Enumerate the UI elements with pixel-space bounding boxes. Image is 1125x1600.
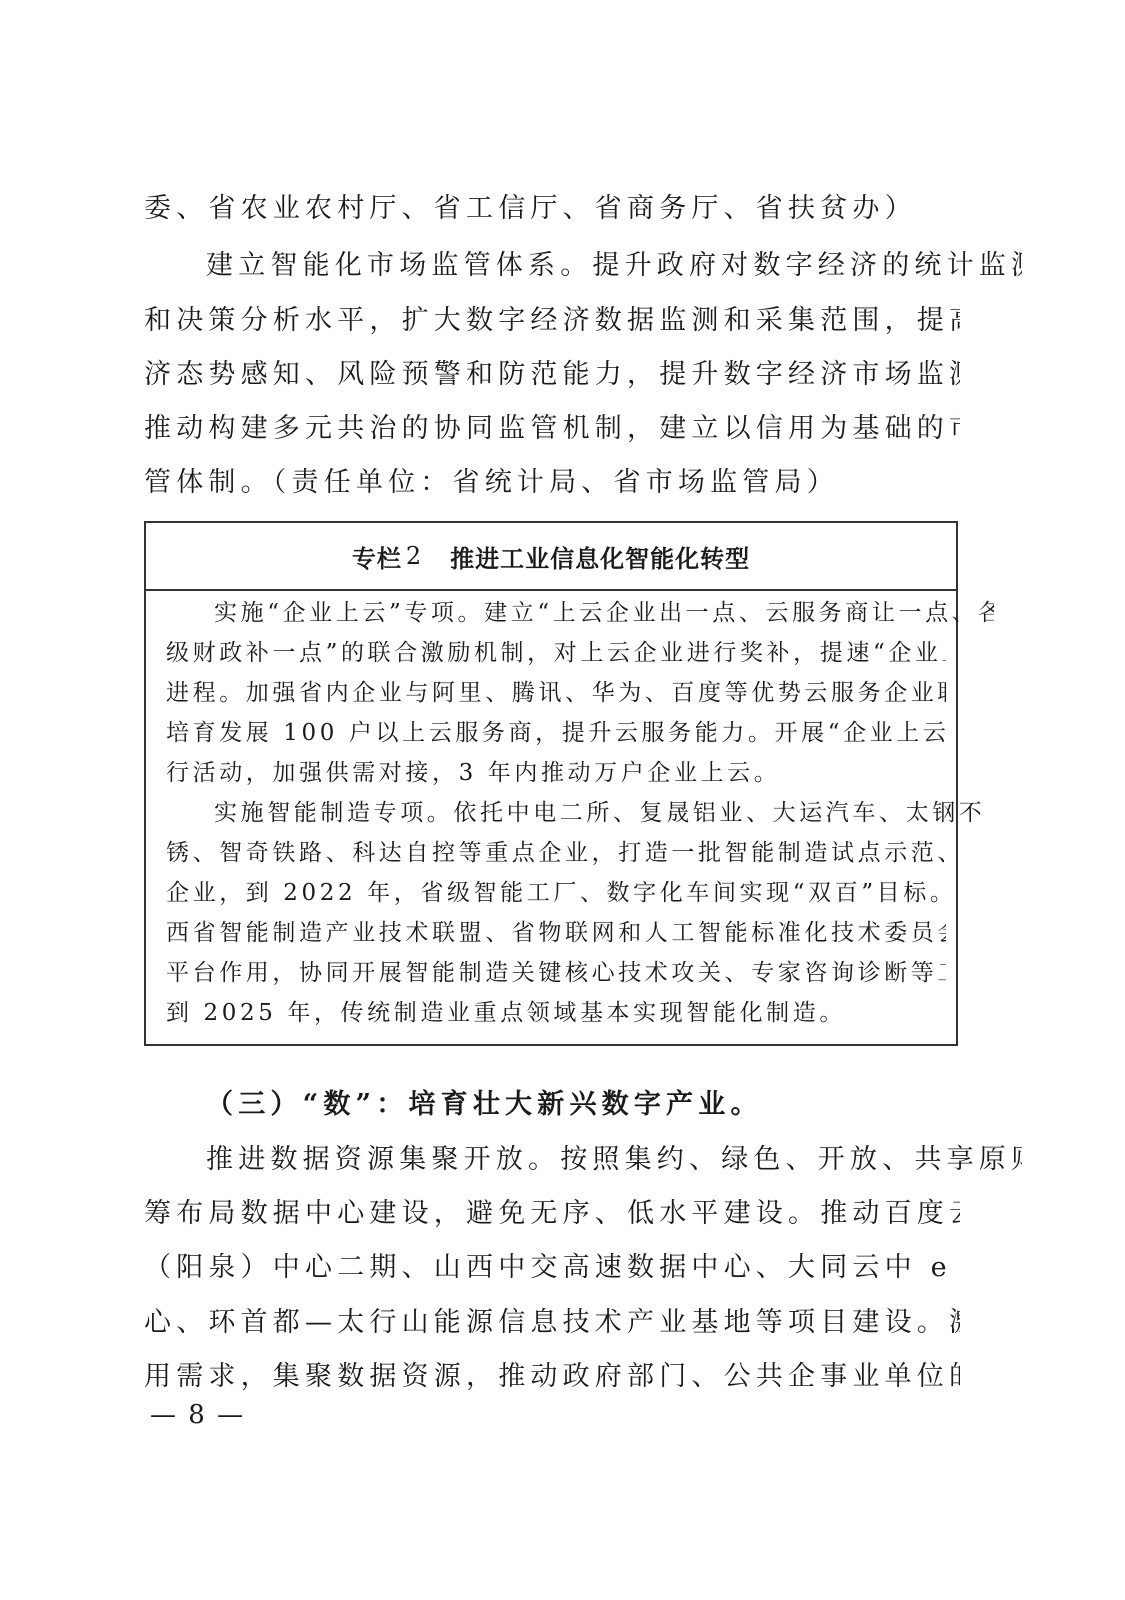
- text-line: 委、省农业农村厅、省工信厅、省商务厅、省扶贫办）: [144, 191, 960, 227]
- text-line: 推动构建多元共治的协同监管机制，建立以信用为基础的市场监: [144, 411, 960, 447]
- box-label: 专栏: [352, 539, 402, 574]
- text-line: 筹布局数据中心建设，避免无序、低水平建设。推动百度云计算: [144, 1196, 960, 1232]
- paragraph-start: 推进数据资源集聚开放。按照集约、绿色、开放、共享原则，统: [144, 1142, 1022, 1178]
- box-text-line: 级财政补一点”的联合激励机制，对上云企业进行奖补，提速“企业上云”: [166, 638, 946, 668]
- box-paragraph-start: 实施“企业上云”专项。建立“上云企业出一点、云服务商让一点、各: [166, 598, 994, 628]
- text-line: 管体制。（责任单位：省统计局、省市场监管局）: [144, 465, 960, 501]
- page-number: — 8 —: [150, 1400, 245, 1430]
- box-text-line: 锈、智奇铁路、科达自控等重点企业，打造一批智能制造试点示范、标杆: [166, 838, 946, 868]
- paragraph-start: 建立智能化市场监管体系。提升政府对数字经济的统计监测: [144, 248, 1022, 284]
- text-line: 和决策分析水平，扩大数字经济数据监测和采集范围，提高数字经: [144, 303, 960, 339]
- box-paragraph-start: 实施智能制造专项。依托中电二所、复晟铝业、大运汽车、太钢不: [166, 798, 994, 828]
- section-heading: （三）“数”：培育壮大新兴数字产业。: [144, 1087, 1022, 1123]
- box-title: 专栏 2 推进工业信息化智能化转型: [146, 523, 956, 591]
- special-column-box: 专栏 2 推进工业信息化智能化转型 实施“企业上云”专项。建立“上云企业出一点、…: [144, 521, 958, 1046]
- box-number: 2: [406, 542, 422, 570]
- box-text-line: 进程。加强省内企业与阿里、腾讯、华为、百度等优势云服务企业联合，: [166, 678, 946, 708]
- box-title-text: 推进工业信息化智能化转型: [450, 539, 750, 574]
- text-line: （阳泉）中心二期、山西中交高速数据中心、大同云中 e 谷大数据中: [144, 1250, 960, 1286]
- box-text-line: 企业，到 2022 年，省级智能工厂、数字化车间实现“双百”目标。发挥山: [166, 878, 946, 908]
- box-text-line: 培育发展 100 户以上云服务商，提升云服务能力。开展“企业上云”城市: [166, 718, 946, 748]
- text-line: 济态势感知、风险预警和防范能力，提升数字经济市场监测水平。: [144, 357, 960, 393]
- document-page: 委、省农业农村厅、省工信厅、省商务厅、省扶贫办） 建立智能化市场监管体系。提升政…: [0, 0, 1125, 1600]
- box-text-line: 行活动，加强供需对接，3 年内推动万户企业上云。: [166, 758, 946, 788]
- text-line: 心、环首都—太行山能源信息技术产业基地等项目建设。激发应: [144, 1305, 960, 1341]
- text-line: 用需求，集聚数据资源，推动政府部门、公共企事业单位的公共数: [144, 1359, 960, 1395]
- box-text-line: 西省智能制造产业技术联盟、省物联网和人工智能标准化技术委员会等: [166, 918, 946, 948]
- box-text-line: 平台作用，协同开展智能制造关键核心技术攻关、专家咨询诊断等工作。: [166, 958, 946, 988]
- box-text-line: 到 2025 年，传统制造业重点领域基本实现智能化制造。: [166, 998, 946, 1028]
